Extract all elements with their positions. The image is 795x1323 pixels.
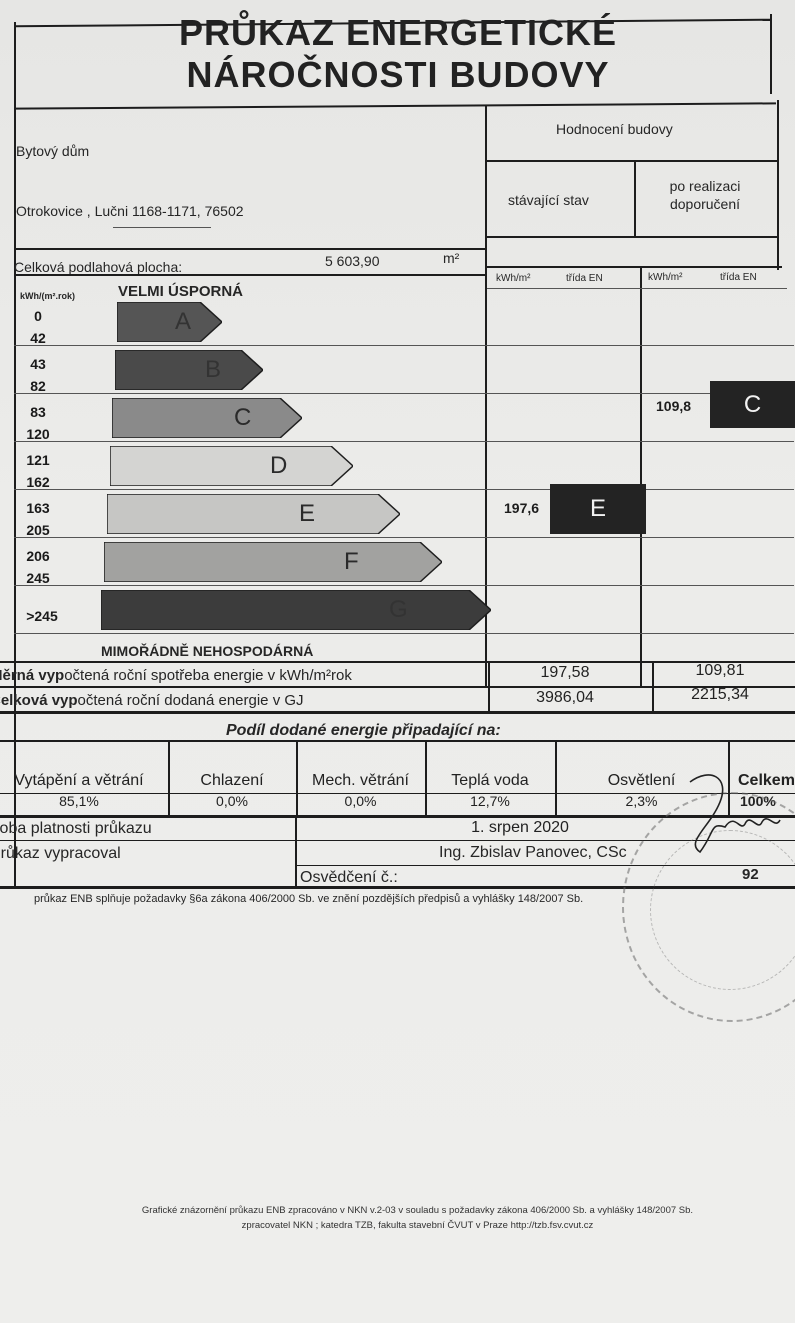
energy-class-arrow-b: B — [115, 350, 263, 390]
area-divider — [14, 274, 486, 276]
scale-unit-label: kWh/(m².rok) — [20, 291, 75, 301]
certificate-label: Osvědčení č.: — [300, 869, 398, 887]
building-address: Otrokovice , Lučni 1168-1171, 76502 — [16, 203, 244, 219]
rating-subheader-divider — [487, 236, 779, 238]
energy-class-arrow-d: D — [110, 446, 353, 486]
graphic-note-line-1: Grafické znázornění průkazu ENB zpracová… — [40, 1203, 795, 1218]
share-column-label: Chlazení — [168, 772, 296, 790]
specific-label-rest: očtená roční spotřeba energie v kWh/m²ro… — [64, 667, 352, 684]
author-value: Ing. Zbislav Panovec, CSc — [439, 844, 627, 862]
rating-col-divider — [634, 160, 636, 238]
scale-bottom-label: MIMOŘÁDNĚ NEHOSPODÁRNÁ — [101, 643, 313, 659]
scale-range-from: 206 — [18, 548, 58, 564]
share-column-value: 0,0% — [296, 793, 425, 809]
current-class-label: třída EN — [566, 273, 603, 284]
info-divider — [14, 248, 486, 250]
share-top — [0, 740, 795, 742]
energy-class-letter: E — [299, 500, 315, 528]
energy-class-arrow-g: G — [101, 590, 491, 630]
compliance-note: průkaz ENB splňuje požadavky §6a zákona … — [34, 893, 583, 905]
scale-range-to: 245 — [18, 570, 58, 586]
total-label-rest: očtená roční dodaná energie v GJ — [78, 692, 304, 709]
energy-class-letter: C — [234, 404, 251, 432]
rating-header-title: Hodnocení budovy — [556, 121, 673, 137]
validity-label: Doba platnosti průkazu — [0, 820, 152, 838]
share-column-divider — [555, 741, 557, 816]
author-label: Průkaz vypracoval — [0, 845, 121, 863]
share-value-divider — [0, 793, 795, 794]
scale-row-divider — [14, 393, 794, 394]
current-class-letter: E — [590, 495, 606, 523]
totals-bottom — [0, 711, 795, 714]
current-value: 197,6 — [504, 500, 539, 516]
scale-range-to: 42 — [18, 330, 58, 346]
total-current: 3986,04 — [490, 689, 640, 707]
graphic-note-line-2: zpracovatel NKN ; katedra TZB, fakulta s… — [40, 1218, 795, 1233]
unit-row-top — [487, 266, 782, 268]
energy-class-letter: F — [344, 548, 359, 576]
title-line-1: PRŮKAZ ENERGETICKÉ — [18, 12, 778, 54]
share-column-label: Mech. větrání — [296, 772, 425, 790]
scale-range-to: 82 — [18, 378, 58, 394]
current-state-header: stávající stav — [508, 192, 589, 208]
after-unit-label: kWh/m² — [648, 272, 682, 283]
scale-range-to: 162 — [18, 474, 58, 490]
share-column-divider — [296, 741, 298, 816]
current-unit-label: kWh/m² — [496, 273, 530, 284]
rating-header-divider — [487, 160, 777, 162]
share-column-value: 85,1% — [0, 793, 168, 809]
scale-row-divider — [14, 585, 794, 586]
energy-class-letter: A — [175, 308, 191, 336]
scale-range-to: 205 — [18, 522, 58, 538]
scale-row-divider — [14, 441, 794, 442]
scale-range-from: 121 — [18, 452, 58, 468]
floor-area-label: Celková podlahová plocha: — [14, 259, 182, 275]
after-class-letter: C — [744, 391, 761, 419]
share-column-value: 0,0% — [168, 793, 296, 809]
energy-class-arrow-a: A — [117, 302, 222, 342]
specific-consumption-label: Měrná vypočtená roční spotřeba energie v… — [0, 667, 352, 684]
totals-col-2 — [652, 661, 654, 713]
scale-row-divider — [14, 489, 794, 490]
scale-range-to: >245 — [22, 608, 62, 624]
scale-top-label: VELMI ÚSPORNÁ — [118, 283, 243, 300]
scale-row-divider — [14, 633, 794, 634]
scale-row-divider — [14, 537, 794, 538]
scale-range-from: 83 — [18, 404, 58, 420]
border-right-mid — [777, 100, 779, 270]
title-line-2: NÁROČNOSTI BUDOVY — [18, 54, 778, 96]
validity-col — [295, 816, 297, 888]
scale-range-from: 43 — [18, 356, 58, 372]
building-type: Bytový dům — [16, 143, 89, 159]
validity-value: 1. srpen 2020 — [420, 819, 620, 837]
specific-label-bold: Měrná vyp — [0, 667, 64, 684]
energy-class-letter: D — [270, 452, 287, 480]
share-column-label: Teplá voda — [425, 772, 555, 790]
after-value: 109,8 — [656, 398, 691, 414]
floor-area-unit: m² — [443, 250, 459, 266]
share-title: Podíl dodané energie připadající na: — [226, 722, 501, 740]
document-title: PRŮKAZ ENERGETICKÉ NÁROČNOSTI BUDOVY — [18, 12, 778, 96]
share-column-label: Vytápění a větrání — [0, 772, 168, 790]
energy-class-arrow-f: F — [104, 542, 442, 582]
address-underline — [113, 227, 211, 228]
share-column-value: 12,7% — [425, 793, 555, 809]
share-column-divider — [168, 741, 170, 816]
floor-area-value: 5 603,90 — [325, 253, 380, 269]
energy-class-letter: B — [205, 356, 221, 384]
scale-row-divider — [14, 345, 794, 346]
total-energy-label: Celková vypočtená roční dodaná energie v… — [0, 692, 304, 709]
energy-class-letter: G — [389, 596, 408, 624]
scale-range-from: 163 — [18, 500, 58, 516]
scale-range-to: 120 — [18, 426, 58, 442]
after-class-badge: C — [710, 381, 795, 428]
total-label-bold: Celková vyp — [0, 692, 78, 709]
energy-class-arrow-e: E — [107, 494, 400, 534]
scale-range-from: 0 — [18, 308, 58, 324]
share-column-divider — [425, 741, 427, 816]
after-recommendation-header: po realizaci doporučení — [645, 177, 765, 213]
current-class-badge: E — [550, 484, 646, 534]
specific-after: 109,81 — [650, 662, 790, 680]
graphic-note: Grafické znázornění průkazu ENB zpracová… — [40, 1203, 795, 1233]
unit-row-bottom — [487, 288, 787, 289]
after-class-label: třída EN — [720, 272, 757, 283]
energy-class-arrow-c: C — [112, 398, 302, 438]
specific-current: 197,58 — [490, 664, 640, 682]
col-divider-2 — [640, 266, 642, 686]
signature — [680, 772, 790, 862]
totals-col-1 — [488, 661, 490, 713]
total-after: 2215,34 — [650, 686, 790, 704]
